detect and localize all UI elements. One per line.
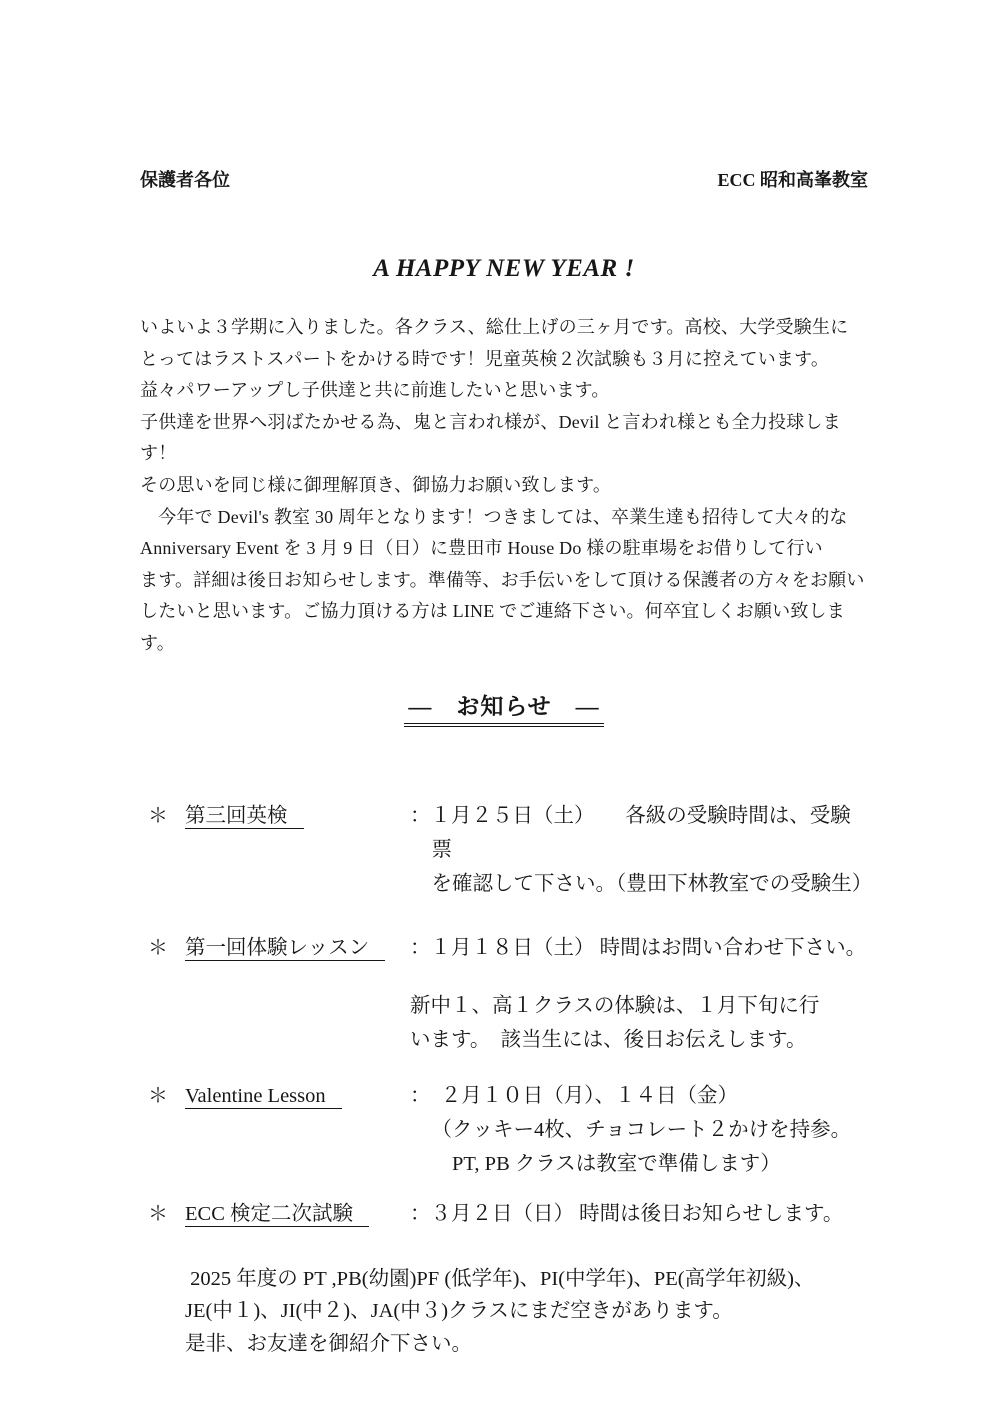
- notice-label: 第三回英検: [185, 799, 410, 833]
- notice-detail: ：３月２日（日） 時間は後日お知らせします。: [410, 1197, 868, 1231]
- intro-paragraph: いよいよ３学期に入りました。各クラス、総仕上げの三ヶ月です。高校、大学受験生に …: [140, 312, 868, 660]
- bullet-asterisk: ＊: [140, 799, 185, 833]
- notice-label: Valentine Lesson: [185, 1079, 410, 1113]
- school-name: ECC 昭和高峯教室: [717, 168, 868, 192]
- page-title: A HAPPY NEW YEAR !: [140, 254, 868, 284]
- notice-detail: ：１月１８日（土） 時間はお問い合わせ下さい。: [410, 931, 868, 965]
- notice-item-eiken: ＊ 第三回英検 ：１月２５日（土） 各級の受験時間は、受験票 を確認して下さい。…: [140, 799, 868, 901]
- notice-section-heading: ― お知らせ ―: [404, 694, 603, 727]
- notice-detail: ：１月２５日（土） 各級の受験時間は、受験票 を確認して下さい。（豊田下林教室で…: [410, 799, 868, 901]
- bullet-asterisk: ＊: [140, 931, 185, 965]
- recipient-line: 保護者各位: [140, 168, 230, 192]
- notice-label: ECC 検定二次試験: [185, 1197, 410, 1231]
- notice-detail: ： ２月１０日（月）、１４日（金） （クッキー4枚、チョコレート２かけを持参。 …: [410, 1079, 868, 1181]
- notice-item-ecc-exam: ＊ ECC 検定二次試験 ：３月２日（日） 時間は後日お知らせします。: [140, 1197, 868, 1231]
- notice-note-row: 新中１、高１クラスの体験は、１月下旬に行 います。 該当生には、後日お伝えします…: [140, 989, 868, 1057]
- closing-paragraph: 2025 年度の PT ,PB(幼園)PF (低学年)、PI(中学年)、PE(高…: [185, 1263, 868, 1361]
- notice-heading-wrap: ― お知らせ ―: [140, 694, 868, 727]
- bullet-asterisk: ＊: [140, 1079, 185, 1113]
- notice-list: ＊ 第三回英検 ：１月２５日（土） 各級の受験時間は、受験票 を確認して下さい。…: [140, 799, 868, 1231]
- notice-label: 第一回体験レッスン: [185, 931, 410, 965]
- document-header: 保護者各位 ECC 昭和高峯教室: [140, 168, 868, 192]
- notice-note: 新中１、高１クラスの体験は、１月下旬に行 います。 該当生には、後日お伝えします…: [410, 989, 868, 1057]
- notice-item-taiken-lesson: ＊ 第一回体験レッスン ：１月１８日（土） 時間はお問い合わせ下さい。: [140, 931, 868, 965]
- bullet-asterisk: ＊: [140, 1197, 185, 1231]
- document-page: 保護者各位 ECC 昭和高峯教室 A HAPPY NEW YEAR ! いよいよ…: [0, 0, 1000, 1414]
- notice-item-valentine: ＊ Valentine Lesson ： ２月１０日（月）、１４日（金） （クッ…: [140, 1079, 868, 1181]
